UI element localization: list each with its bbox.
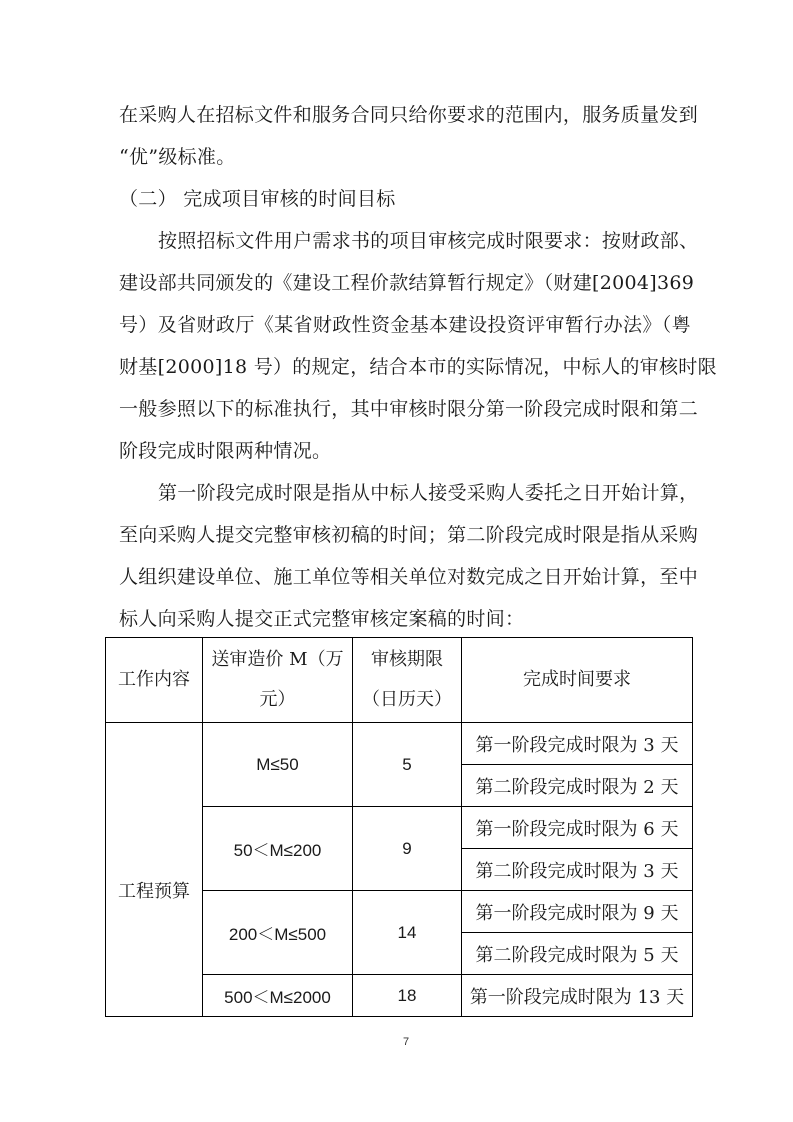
audit-time-table: 工作内容 送审造价 M（万 元） 审核期限 （日历天） 完成时间要求 工程预算 … — [105, 637, 693, 1017]
stage-cell: 第二阶段完成时限为 2 天 — [462, 765, 693, 807]
header-cost: 送审造价 M（万 元） — [203, 638, 353, 723]
table-header-row: 工作内容 送审造价 M（万 元） 审核期限 （日历天） 完成时间要求 — [106, 638, 693, 723]
section-heading: （二） 完成项目审核的时间目标 — [119, 187, 691, 211]
work-content-cell: 工程预算 — [106, 723, 203, 1017]
paragraph-line: 建设部共同颁发的《建设工程价款结算暂行规定》（财建[2004]369 — [119, 271, 691, 295]
stage-cell: 第二阶段完成时限为 5 天 — [462, 933, 693, 975]
days-cell: 14 — [353, 891, 462, 975]
stage-cell: 第一阶段完成时限为 3 天 — [462, 723, 693, 765]
header-period-line2: （日历天） — [353, 680, 461, 720]
header-requirement: 完成时间要求 — [462, 638, 693, 723]
header-cost-line1: 送审造价 M（万 — [203, 640, 352, 680]
cost-range-cell: 200＜M≤500 — [203, 891, 353, 975]
paragraph-line: “优”级标准。 — [119, 145, 691, 169]
paragraph-line: 至向采购人提交完整审核初稿的时间；第二阶段完成时限是指从采购 — [119, 523, 691, 547]
days-cell: 5 — [353, 723, 462, 807]
table-row: 工程预算 M≤50 5 第一阶段完成时限为 3 天 — [106, 723, 693, 765]
stage-cell: 第二阶段完成时限为 3 天 — [462, 849, 693, 891]
header-work-content: 工作内容 — [106, 638, 203, 723]
paragraph-line: 人组织建设单位、施工单位等相关单位对数完成之日开始计算，至中 — [119, 565, 691, 589]
stage-cell: 第一阶段完成时限为 9 天 — [462, 891, 693, 933]
paragraph-line: 财基[2000]18 号）的规定，结合本市的实际情况，中标人的审核时限 — [119, 355, 691, 379]
paragraph-line: 阶段完成时限两种情况。 — [119, 439, 691, 463]
document-page: 在采购人在招标文件和服务合同只给你要求的范围内，服务质量发到 “优”级标准。 （… — [0, 0, 793, 1122]
cost-range-cell: 500＜M≤2000 — [203, 975, 353, 1017]
cost-range-cell: 50＜M≤200 — [203, 807, 353, 891]
header-period-line1: 审核期限 — [353, 640, 461, 680]
header-cost-line2: 元） — [203, 680, 352, 720]
paragraph-line: 一般参照以下的标准执行，其中审核时限分第一阶段完成时限和第二 — [119, 397, 691, 421]
paragraph-line: 按照招标文件用户需求书的项目审核完成时限要求：按财政部、 — [158, 229, 691, 253]
days-cell: 18 — [353, 975, 462, 1017]
paragraph-line: 号）及省财政厅《某省财政性资金基本建设投资评审暂行办法》（粤 — [119, 313, 691, 337]
stage-cell: 第一阶段完成时限为 13 天 — [462, 975, 693, 1017]
paragraph-line: 标人向采购人提交正式完整审核定案稿的时间： — [119, 607, 691, 631]
cost-range-cell: M≤50 — [203, 723, 353, 807]
paragraph-line: 第一阶段完成时限是指从中标人接受采购人委托之日开始计算， — [158, 481, 691, 505]
header-period: 审核期限 （日历天） — [353, 638, 462, 723]
page-number: 7 — [403, 1036, 409, 1048]
days-cell: 9 — [353, 807, 462, 891]
paragraph-line: 在采购人在招标文件和服务合同只给你要求的范围内，服务质量发到 — [119, 103, 691, 127]
stage-cell: 第一阶段完成时限为 6 天 — [462, 807, 693, 849]
